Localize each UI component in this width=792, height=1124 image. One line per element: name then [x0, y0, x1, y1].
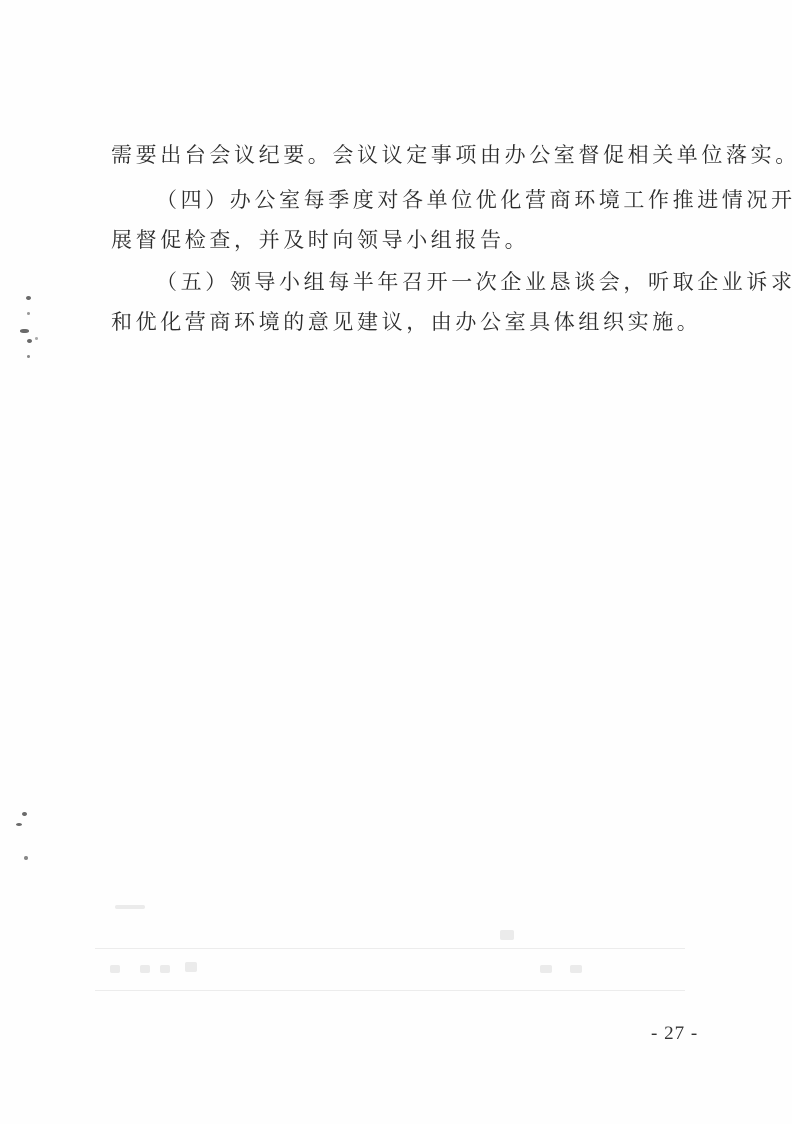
paragraph-item-5-line-1: （五）领导小组每半年召开一次企业恳谈会，听取企业诉求	[156, 267, 701, 297]
paragraph-item-5-line-2: 和优化营商环境的意见建议，由办公室具体组织实施。	[111, 307, 701, 337]
document-page: 需要出台会议纪要。会议议定事项由办公室督促相关单位落实。 （四）办公室每季度对各…	[0, 0, 792, 1124]
paragraph-continuation-line: 需要出台会议纪要。会议议定事项由办公室督促相关单位落实。	[111, 140, 701, 170]
page-number: - 27 -	[651, 1023, 698, 1045]
paragraph-item-4-line-2: 展督促检查，并及时向领导小组报告。	[111, 225, 701, 255]
paragraph-item-4-line-1: （四）办公室每季度对各单位优化营商环境工作推进情况开	[156, 185, 701, 215]
